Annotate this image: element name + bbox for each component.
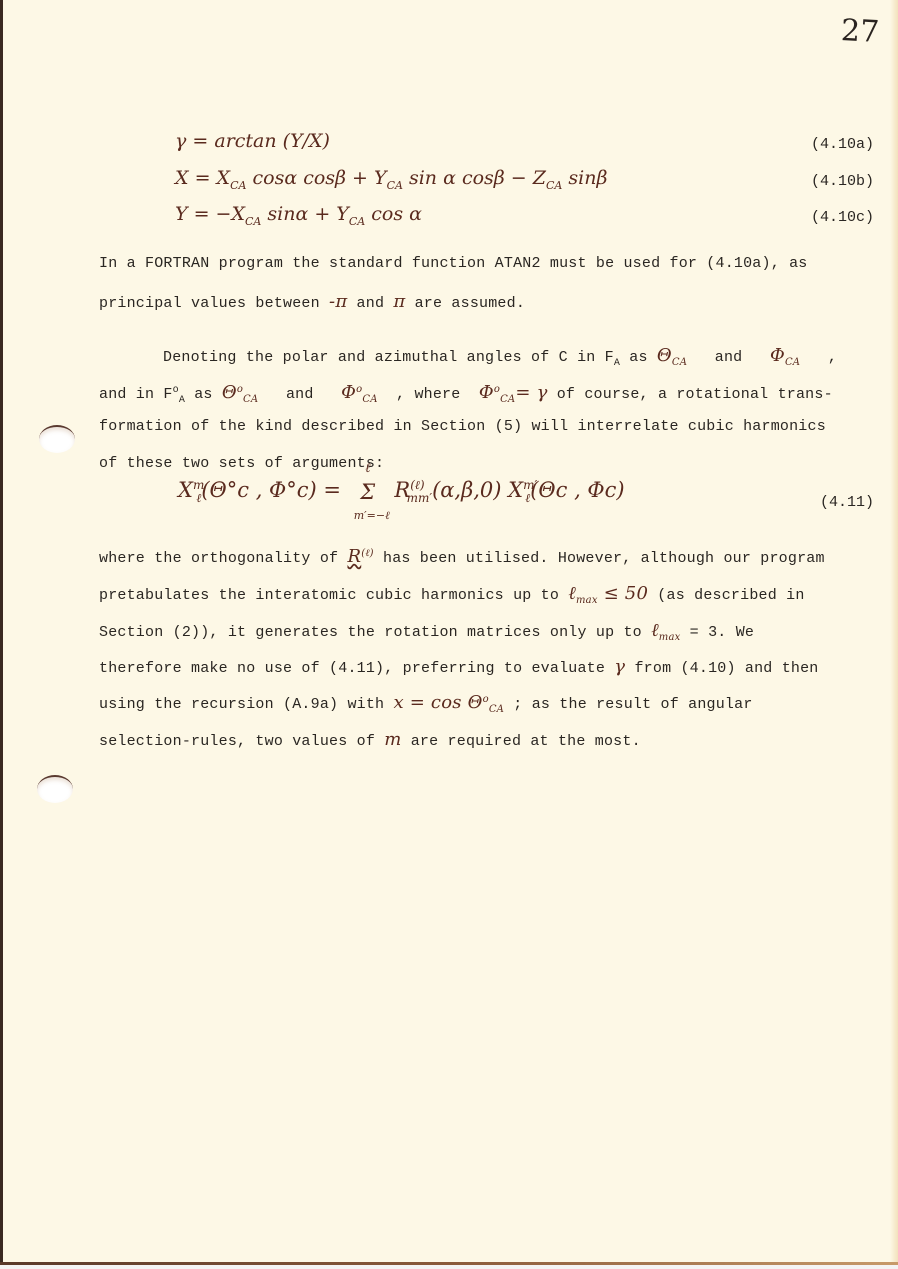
- text: therefore make no use of (4.11), preferr…: [99, 660, 614, 677]
- text: and: [286, 386, 314, 403]
- math-symbol: = γ: [515, 382, 547, 403]
- text: Section (2)), it generates the rotation …: [99, 624, 651, 641]
- subscript: CA: [546, 179, 562, 192]
- subscript: CA: [245, 215, 261, 228]
- paragraph-line: Denoting the polar and azimuthal angles …: [163, 345, 837, 369]
- paragraph-line: and in FoA as ΘoCA and ΦoCA , where ΦoCA…: [99, 382, 833, 406]
- equation-label: (4.10c): [811, 209, 874, 226]
- math-symbol: Φ: [479, 382, 494, 403]
- sum-sign: Σ: [360, 480, 375, 504]
- equation-part: = X: [195, 167, 231, 189]
- equation-lhs: X: [175, 167, 189, 189]
- paragraph-line: pretabulates the interatomic cubic harmo…: [99, 583, 805, 606]
- equation-label: (4.10a): [811, 136, 874, 153]
- page-edge-shadow: [890, 0, 898, 1262]
- equation-part: cos α: [365, 203, 422, 225]
- text: as: [185, 386, 222, 403]
- subscript: CA: [349, 215, 365, 228]
- math-symbol: Φ: [770, 345, 785, 366]
- equation-rhs: = arctan (Y/X): [192, 130, 330, 152]
- math-symbol: ≤ 50: [598, 583, 648, 604]
- math-symbol: -π: [329, 291, 347, 312]
- text: using the recursion (A.9a) with: [99, 696, 393, 713]
- page-number: 27: [840, 13, 880, 50]
- text: and: [347, 295, 393, 312]
- superscript: (ℓ): [410, 478, 424, 492]
- math-symbol: π: [393, 291, 405, 312]
- text: as: [620, 349, 657, 366]
- text: ,: [828, 349, 837, 366]
- paragraph-line: selection-rules, two values of m are req…: [99, 729, 641, 750]
- text: ; as the result of angular: [504, 696, 752, 713]
- sum-upper-limit: ℓ: [348, 460, 388, 476]
- equation-label: (4.10b): [811, 173, 874, 190]
- equation-label: (4.11): [820, 494, 874, 511]
- equation-part: sinα + Y: [261, 203, 348, 225]
- math-symbol: Φ: [341, 382, 356, 403]
- math-symbol: ℓ: [568, 583, 576, 604]
- text: pretabulates the interatomic cubic harmo…: [99, 587, 568, 604]
- text: are required at the most.: [402, 733, 641, 750]
- math-symbol: m: [384, 729, 401, 750]
- text: are assumed.: [405, 295, 525, 312]
- text: and: [715, 349, 743, 366]
- subscript: max: [659, 632, 681, 643]
- subscript: CA: [785, 357, 800, 368]
- text: (as described in: [648, 587, 804, 604]
- subscript: CA: [230, 179, 246, 192]
- math-symbol: R: [347, 546, 361, 567]
- text: has been utilised. However, although our…: [374, 550, 825, 567]
- equation-4-10a: γ = arctan (Y/X): [175, 130, 330, 152]
- text: where the orthogonality of: [99, 550, 347, 567]
- summation: ℓ Σ m′=−ℓ: [348, 480, 388, 504]
- equation-4-10c: Y = −XCA sinα + YCA cos α: [175, 203, 422, 228]
- text: selection-rules, two values of: [99, 733, 384, 750]
- text: Denoting the polar and azimuthal angles …: [163, 349, 614, 366]
- equation-part: cosα cosβ + Y: [246, 167, 386, 189]
- equation-lhs: γ: [175, 130, 186, 152]
- equation-part: = −X: [194, 203, 245, 225]
- punch-hole-icon: [39, 425, 75, 453]
- equation-args: (Θc , Φc): [530, 478, 624, 502]
- document-page: 27 γ = arctan (Y/X) (4.10a) X = XCA cosα…: [0, 0, 898, 1262]
- text: and in F: [99, 386, 173, 403]
- subscript: CA: [387, 179, 403, 192]
- text: principal values between: [99, 295, 329, 312]
- subscript: CA: [243, 394, 258, 405]
- equation-lhs: Y: [175, 203, 188, 225]
- equation-args: (Θ°c , Φ°c): [201, 478, 316, 502]
- equation-part: sin α cosβ − Z: [403, 167, 546, 189]
- paragraph-line: In a FORTRAN program the standard functi…: [99, 255, 808, 272]
- sum-lower-limit: m′=−ℓ: [342, 509, 402, 522]
- equation-args: (α,β,0): [432, 478, 501, 502]
- subscript: CA: [489, 704, 504, 715]
- equation-4-11: Xmℓ(Θ°c , Φ°c) = ℓ Σ m′=−ℓ R(ℓ)mm′(α,β,0…: [178, 478, 625, 506]
- equation-4-10b: X = XCA cosα cosβ + YCA sin α cosβ − ZCA…: [175, 167, 607, 192]
- scan-background: [0, 1265, 898, 1269]
- math-symbol: Θ: [657, 345, 672, 366]
- cubic-harmonic: X: [508, 478, 523, 502]
- math-symbol: Θ: [222, 382, 237, 403]
- subscript: CA: [672, 357, 687, 368]
- punch-hole-icon: [37, 775, 73, 803]
- equals-sign: =: [323, 478, 341, 502]
- equation-part: sinβ: [562, 167, 607, 189]
- superscript: (ℓ): [361, 548, 374, 559]
- text: = 3. We: [680, 624, 754, 641]
- paragraph-line: formation of the kind described in Secti…: [99, 418, 826, 435]
- subscript: CA: [500, 394, 515, 405]
- math-symbol: ℓ: [651, 620, 659, 641]
- math-symbol: γ: [614, 656, 625, 677]
- equation-lhs: X: [178, 478, 193, 502]
- paragraph-line: where the orthogonality of R(ℓ) has been…: [99, 546, 825, 567]
- subscript: max: [576, 595, 598, 606]
- text: of course, a rotational trans-: [557, 386, 833, 403]
- text: from (4.10) and then: [625, 660, 818, 677]
- paragraph-line: using the recursion (A.9a) with x = cos …: [99, 692, 753, 715]
- math-symbol: x = cos Θ: [393, 692, 482, 713]
- paragraph-line: of these two sets of arguments:: [99, 455, 384, 472]
- text: , where: [396, 386, 460, 403]
- subscript: CA: [362, 394, 377, 405]
- paragraph-line: principal values between -π and π are as…: [99, 291, 525, 312]
- subscript: mm′: [407, 491, 432, 505]
- paragraph-line: therefore make no use of (4.11), preferr…: [99, 656, 819, 677]
- paragraph-line: Section (2)), it generates the rotation …: [99, 620, 754, 643]
